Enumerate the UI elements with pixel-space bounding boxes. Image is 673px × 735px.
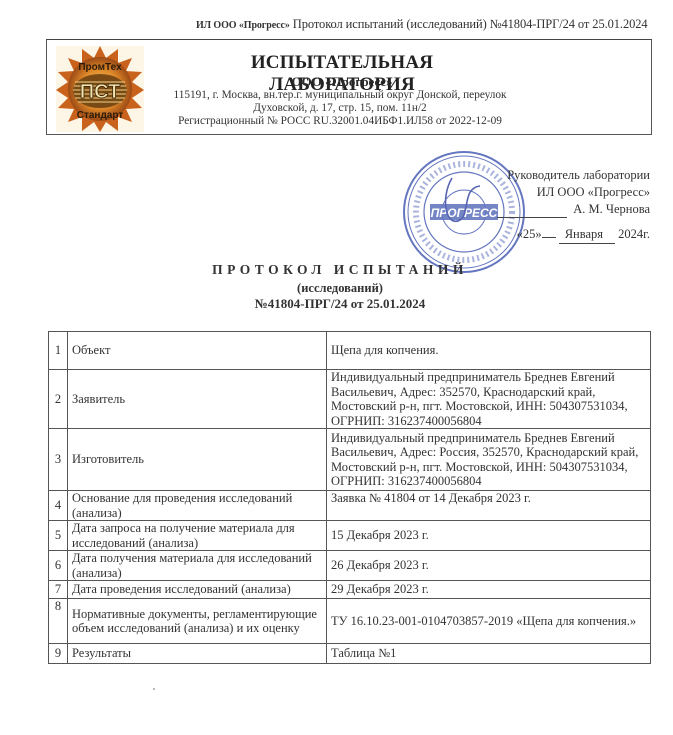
row-value: Индивидуальный предприниматель Бреднев Е… — [327, 429, 651, 491]
lab-registration-line: Регистрационный № РОСС RU.32001.04ИБФ1.И… — [145, 115, 535, 128]
protocol-title: ПРОТОКОЛ ИСПЫТАНИЙ — [180, 262, 500, 278]
lab-org-name: ООО «Прогресс» — [197, 74, 487, 90]
approval-signer-line: А. М. Чернова — [490, 201, 650, 218]
row-label: Результаты — [68, 644, 327, 664]
row-label: Дата запроса на получение материала для … — [68, 521, 327, 551]
row-label: Объект — [68, 332, 327, 370]
table-row: 8 Нормативные документы, регламентирующи… — [49, 599, 651, 644]
row-number: 3 — [49, 429, 68, 491]
date-underline — [542, 237, 556, 238]
protocol-subtitle: (исследований) — [180, 281, 500, 296]
lab-address-line: 115191, г. Москва, вн.тер.г. муниципальн… — [145, 89, 535, 102]
row-label: Нормативные документы, регламентирующие … — [68, 599, 327, 644]
svg-text:Стандарт: Стандарт — [77, 110, 124, 121]
running-header: ИЛ ООО «Прогресс» Протокол испытаний (ис… — [196, 17, 652, 32]
row-label: Дата проведения исследований (анализа) — [68, 581, 327, 599]
table-row: 1 Объект Щепа для копчения. — [49, 332, 651, 370]
row-number: 7 — [49, 581, 68, 599]
row-value: Заявка № 41804 от 14 Декабря 2023 г. — [327, 491, 651, 521]
table-row: 9 Результаты Таблица №1 — [49, 644, 651, 664]
approval-title: Руководитель лаборатории — [490, 167, 650, 184]
table-row: 4 Основание для проведения исследований … — [49, 491, 651, 521]
row-number: 5 — [49, 521, 68, 551]
table-row: 5 Дата запроса на получение материала дл… — [49, 521, 651, 551]
row-value: 15 Декабря 2023 г. — [327, 521, 651, 551]
row-value: 26 Декабря 2023 г. — [327, 551, 651, 581]
row-value: 29 Декабря 2023 г. — [327, 581, 651, 599]
approval-signer: А. М. Чернова — [573, 202, 650, 216]
svg-text:ПромТех: ПромТех — [78, 62, 122, 73]
row-number: 1 — [49, 332, 68, 370]
row-number: 9 — [49, 644, 68, 664]
protocol-number: №41804-ПРГ/24 от 25.01.2024 — [180, 296, 500, 312]
row-number: 4 — [49, 491, 68, 521]
signature-line — [497, 217, 567, 218]
approval-year: 2024г. — [618, 227, 650, 241]
row-value: Щепа для копчения. — [327, 332, 651, 370]
lab-address: 115191, г. Москва, вн.тер.г. муниципальн… — [145, 89, 535, 128]
row-label: Изготовитель — [68, 429, 327, 491]
row-label: Основание для проведения исследований (а… — [68, 491, 327, 521]
approval-org: ИЛ ООО «Прогресс» — [490, 184, 650, 201]
table-row: 2 Заявитель Индивидуальный предпринимате… — [49, 370, 651, 429]
table-row: 3 Изготовитель Индивидуальный предприним… — [49, 429, 651, 491]
row-value: Таблица №1 — [327, 644, 651, 664]
running-header-text: Протокол испытаний (исследований) №41804… — [293, 17, 648, 31]
protocol-info-table: 1 Объект Щепа для копчения. 2 Заявитель … — [48, 331, 651, 664]
row-label: Заявитель — [68, 370, 327, 429]
table-row: 6 Дата получения материала для исследова… — [49, 551, 651, 581]
row-number: 8 — [49, 599, 68, 644]
svg-text:ПСТ: ПСТ — [80, 81, 121, 103]
scan-artifact — [153, 688, 155, 690]
table-row: 7 Дата проведения исследований (анализа)… — [49, 581, 651, 599]
row-number: 2 — [49, 370, 68, 429]
running-header-org: ИЛ ООО «Прогресс» — [196, 20, 290, 31]
approval-date: «25» Января 2024г. — [490, 226, 650, 244]
approval-month: Января — [559, 226, 615, 244]
row-label: Дата получения материала для исследовани… — [68, 551, 327, 581]
row-value: Индивидуальный предприниматель Бреднев Е… — [327, 370, 651, 429]
approval-block: Руководитель лаборатории ИЛ ООО «Прогрес… — [490, 167, 650, 244]
company-logo-icon: ПСТ ПромТех Стандарт — [56, 46, 144, 132]
lab-header-box: ПСТ ПромТех Стандарт ИСПЫТАТЕЛЬНАЯ ЛАБОР… — [46, 39, 652, 135]
row-number: 6 — [49, 551, 68, 581]
approval-day: «25» — [517, 227, 542, 241]
lab-address-line: Духовской, д. 17, стр. 15, пом. 11н/2 — [145, 102, 535, 115]
row-value: ТУ 16.10.23-001-0104703857-2019 «Щепа дл… — [327, 599, 651, 644]
